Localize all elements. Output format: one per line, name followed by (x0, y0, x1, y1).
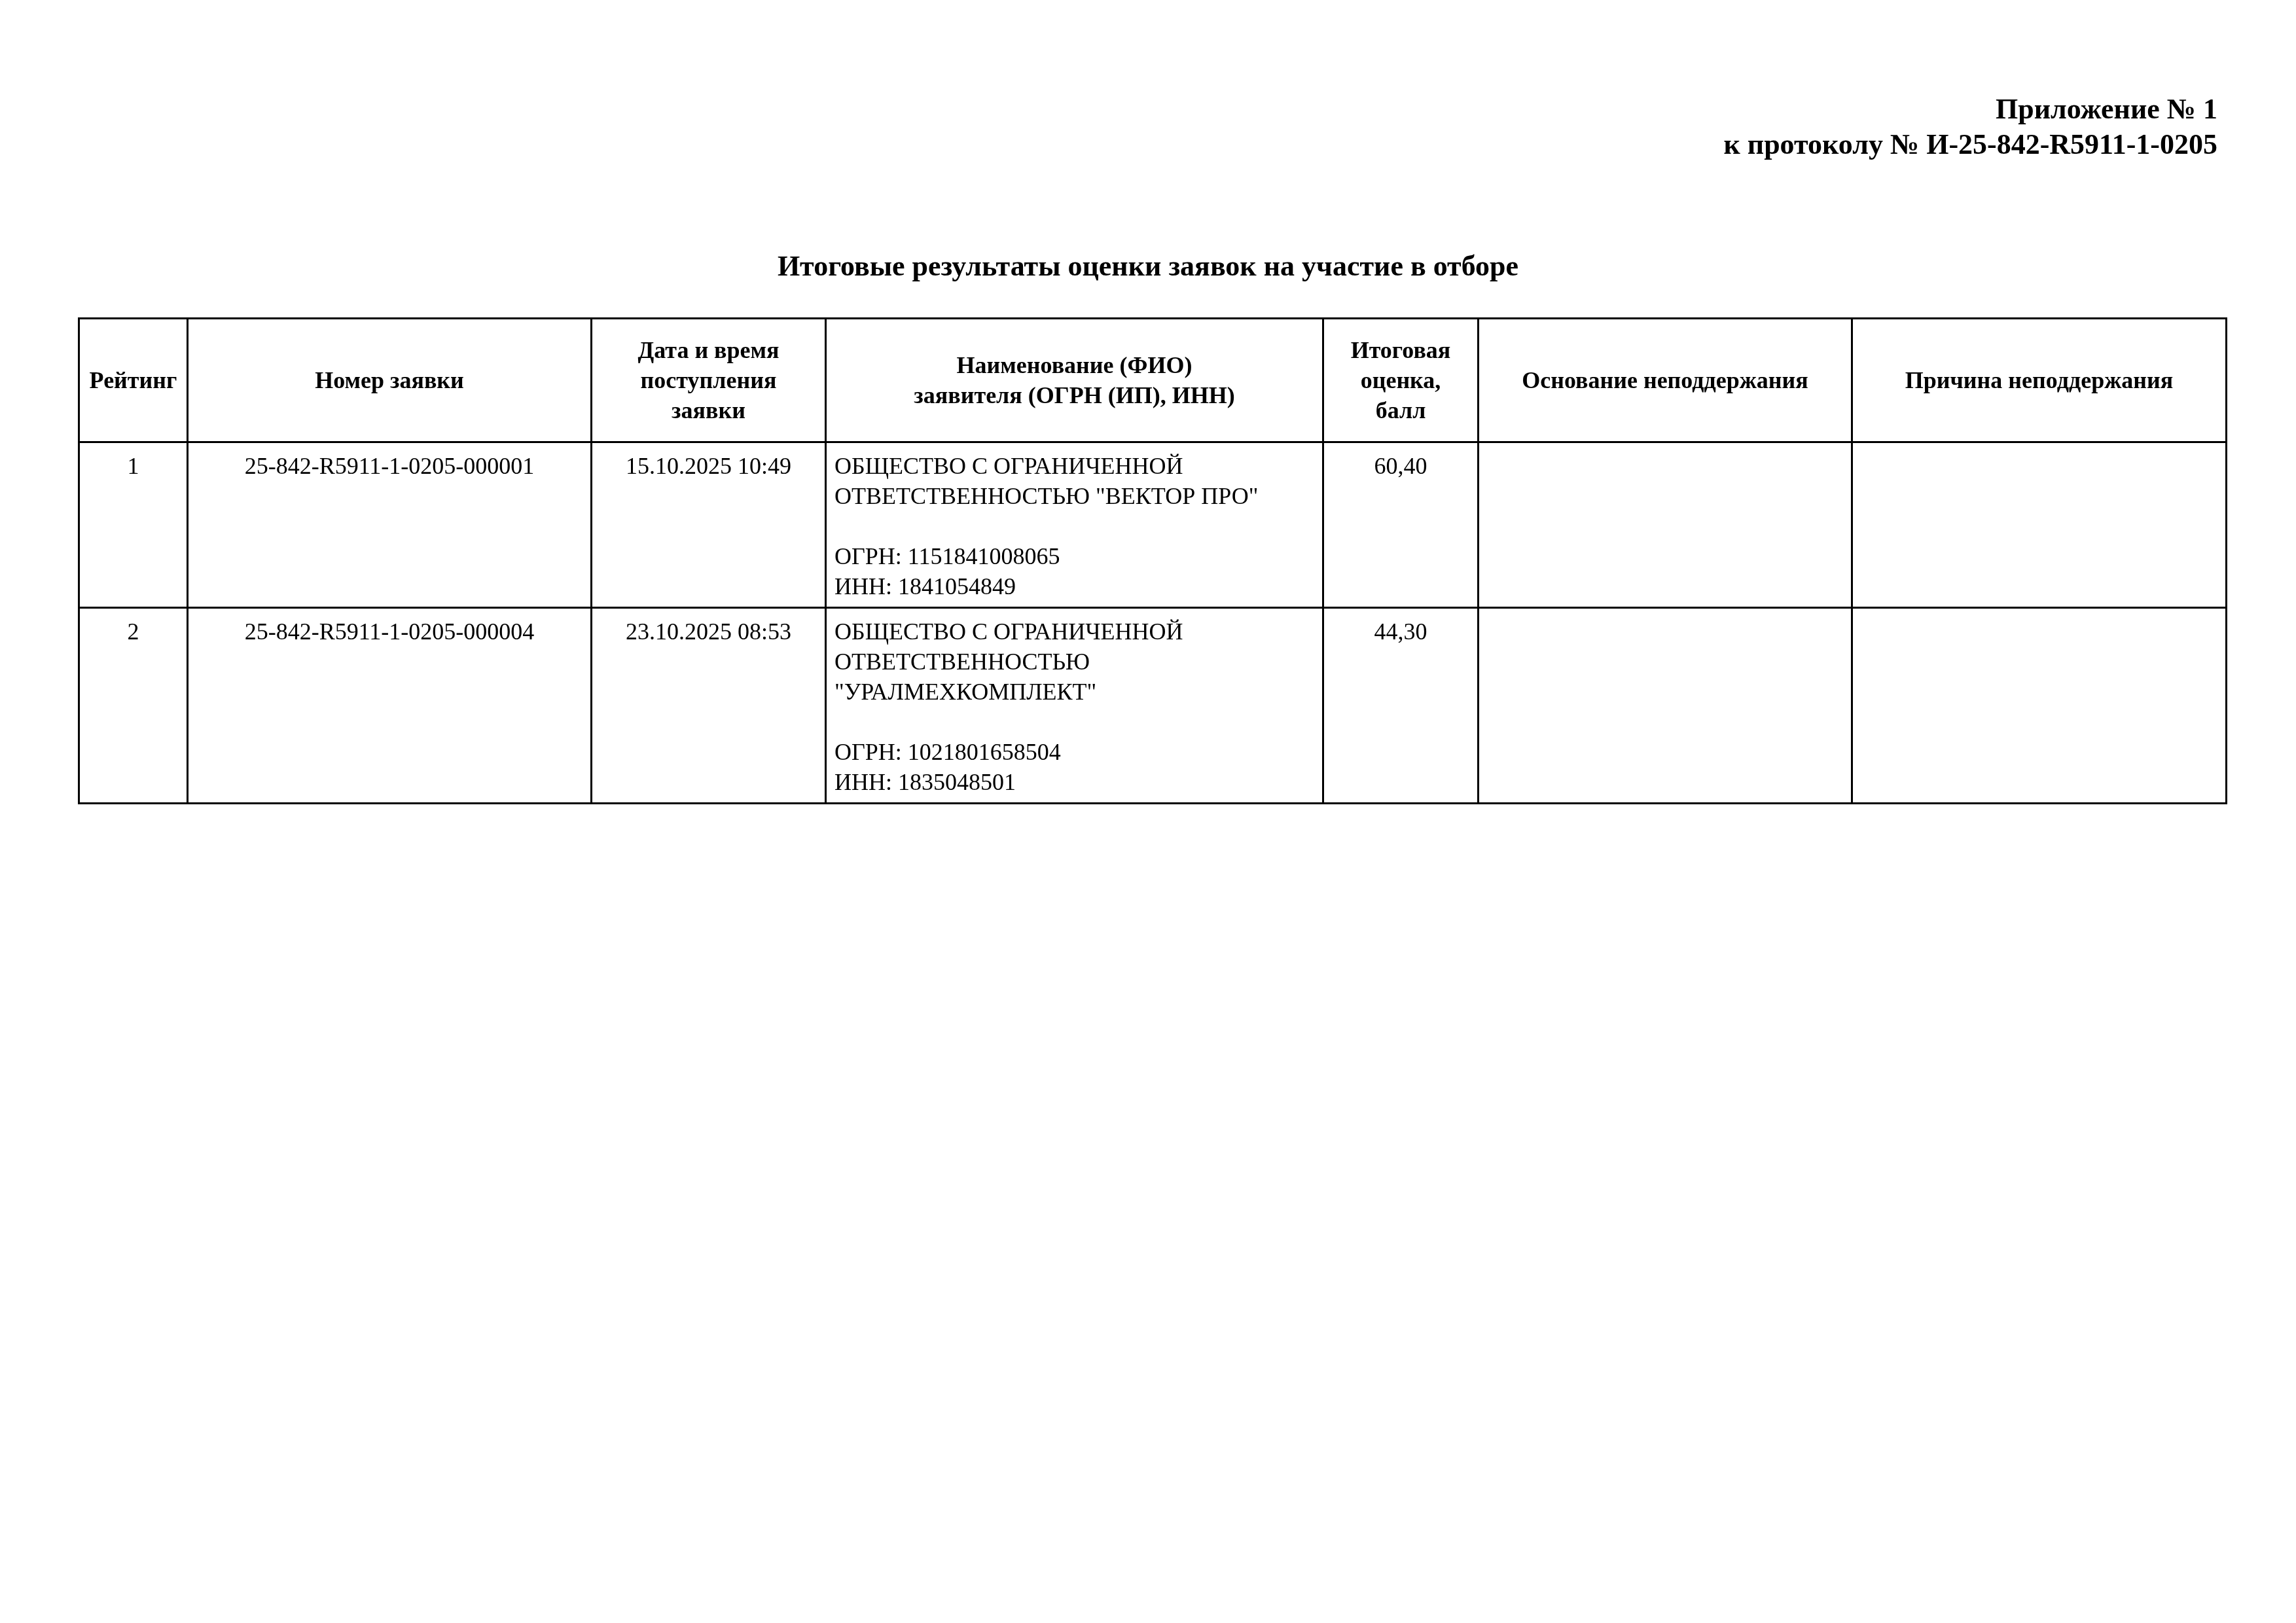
cell-applicant: ОБЩЕСТВО С ОГРАНИЧЕННОЙ ОТВЕТСТВЕННОСТЬЮ… (826, 608, 1323, 804)
applicant-name-line: ОБЩЕСТВО С ОГРАНИЧЕННОЙ (834, 451, 1314, 481)
header-applicant-line: заявителя (ОГРН (ИП), ИНН) (831, 380, 1318, 410)
cell-application-number: 25-842-R5911-1-0205-000001 (188, 442, 592, 608)
header-applicant-line: Наименование (ФИО) (831, 350, 1318, 380)
header-score-line: оценка, (1328, 365, 1473, 395)
spacer (834, 511, 1314, 541)
appendix-header: Приложение № 1 к протоколу № И-25-842-R5… (1723, 92, 2217, 162)
table-header-row: Рейтинг Номер заявки Дата и время поступ… (79, 319, 2227, 442)
cell-rating: 2 (79, 608, 188, 804)
results-table: Рейтинг Номер заявки Дата и время поступ… (78, 317, 2227, 804)
header-score-line: Итоговая (1328, 335, 1473, 365)
cell-rejection-basis (1479, 442, 1852, 608)
cell-rating: 1 (79, 442, 188, 608)
cell-rejection-basis (1479, 608, 1852, 804)
applicant-name-line: ОТВЕТСТВЕННОСТЬЮ (834, 647, 1314, 677)
table-row: 2 25-842-R5911-1-0205-000004 23.10.2025 … (79, 608, 2227, 804)
header-received-line: заявки (596, 395, 821, 425)
applicant-name-line: "УРАЛМЕХКОМПЛЕКТ" (834, 677, 1314, 707)
appendix-number: Приложение № 1 (1723, 92, 2217, 127)
cell-rejection-reason (1852, 608, 2227, 804)
header-rejection-basis: Основание неподдержания (1479, 319, 1852, 442)
page-title: Итоговые результаты оценки заявок на уча… (0, 249, 2296, 284)
cell-rejection-reason (1852, 442, 2227, 608)
cell-score: 60,40 (1323, 442, 1479, 608)
applicant-name-line: ОТВЕТСТВЕННОСТЬЮ "ВЕКТОР ПРО" (834, 481, 1314, 511)
applicant-ogrn: ОГРН: 1151841008065 (834, 541, 1314, 571)
header-applicant: Наименование (ФИО) заявителя (ОГРН (ИП),… (826, 319, 1323, 442)
applicant-inn: ИНН: 1841054849 (834, 571, 1314, 601)
applicant-ogrn: ОГРН: 1021801658504 (834, 737, 1314, 767)
header-score: Итоговая оценка, балл (1323, 319, 1479, 442)
cell-score: 44,30 (1323, 608, 1479, 804)
table-row: 1 25-842-R5911-1-0205-000001 15.10.2025 … (79, 442, 2227, 608)
header-rating: Рейтинг (79, 319, 188, 442)
header-received-line: поступления (596, 365, 821, 395)
protocol-reference: к протоколу № И-25-842-R5911-1-0205 (1723, 127, 2217, 162)
cell-received: 23.10.2025 08:53 (592, 608, 826, 804)
cell-applicant: ОБЩЕСТВО С ОГРАНИЧЕННОЙ ОТВЕТСТВЕННОСТЬЮ… (826, 442, 1323, 608)
cell-application-number: 25-842-R5911-1-0205-000004 (188, 608, 592, 804)
header-received: Дата и время поступления заявки (592, 319, 826, 442)
header-rejection-reason: Причина неподдержания (1852, 319, 2227, 442)
applicant-inn: ИНН: 1835048501 (834, 767, 1314, 797)
header-application-number: Номер заявки (188, 319, 592, 442)
cell-received: 15.10.2025 10:49 (592, 442, 826, 608)
applicant-name-line: ОБЩЕСТВО С ОГРАНИЧЕННОЙ (834, 616, 1314, 647)
spacer (834, 707, 1314, 737)
header-received-line: Дата и время (596, 335, 821, 365)
header-score-line: балл (1328, 395, 1473, 425)
